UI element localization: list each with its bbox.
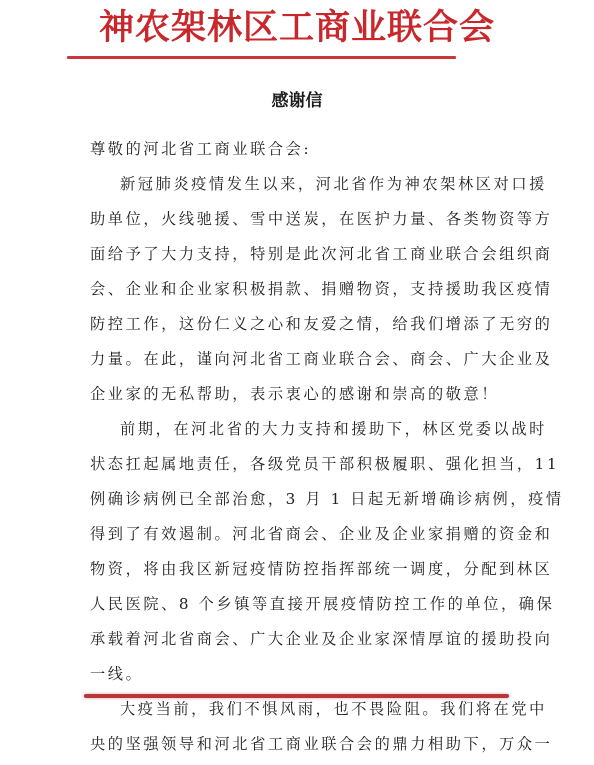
body-line: 面给予了大力支持，特别是此次河北省工商业联合会组织商 xyxy=(90,237,508,272)
body-line: 助单位，火线驰援、雪中送炭，在医护力量、各类物资等方 xyxy=(90,202,508,237)
salutation: 尊敬的河北省工商业联合会: xyxy=(90,132,508,167)
body-line: 央的坚强领导和河北省工商业联合会的鼎力相助下，万众一 xyxy=(90,727,508,762)
body-line: 防控工作，这份仁义之心和友爱之情，给我们增添了无穷的 xyxy=(90,307,508,342)
body-line: 人民医院、8 个乡镇等直接开展疫情防控工作的单位，确保 xyxy=(90,587,508,622)
letterhead-divider xyxy=(67,56,456,59)
body-line: 承载着河北省商会、广大企业及企业家深情厚谊的援助投向 xyxy=(90,622,508,657)
letter-body: 尊敬的河北省工商业联合会: 新冠肺炎疫情发生以来，河北省作为神农架林区对口援 助… xyxy=(90,132,508,762)
body-line: 例确诊病例已全部治愈，3 月 1 日起无新增确诊病例，疫情 xyxy=(90,482,508,517)
footer-divider xyxy=(84,694,509,698)
body-line: 会、企业和企业家积极捐款、捐赠物资，支持援助我区疫情 xyxy=(90,272,508,307)
organization-letterhead: 神农架林区工商业联合会 xyxy=(0,6,594,50)
body-line: 新冠肺炎疫情发生以来，河北省作为神农架林区对口援 xyxy=(90,167,508,202)
body-line: 物资，将由我区新冠疫情防控指挥部统一调度，分配到林区 xyxy=(90,552,508,587)
body-line: 一线。 xyxy=(90,657,508,692)
body-line: 力量。在此，谨向河北省工商业联合会、商会、广大企业及 xyxy=(90,342,508,377)
body-line: 状态扛起属地责任，各级党员干部积极履职、强化担当，11 xyxy=(90,447,508,482)
body-line: 企业家的无私帮助，表示衷心的感谢和崇高的敬意！ xyxy=(90,377,508,412)
body-line: 前期，在河北省的大力支持和援助下，林区党委以战时 xyxy=(90,412,508,447)
body-line: 得到了有效遏制。河北省商会、企业及企业家捐赠的资金和 xyxy=(90,517,508,552)
letter-title: 感谢信 xyxy=(0,89,594,113)
